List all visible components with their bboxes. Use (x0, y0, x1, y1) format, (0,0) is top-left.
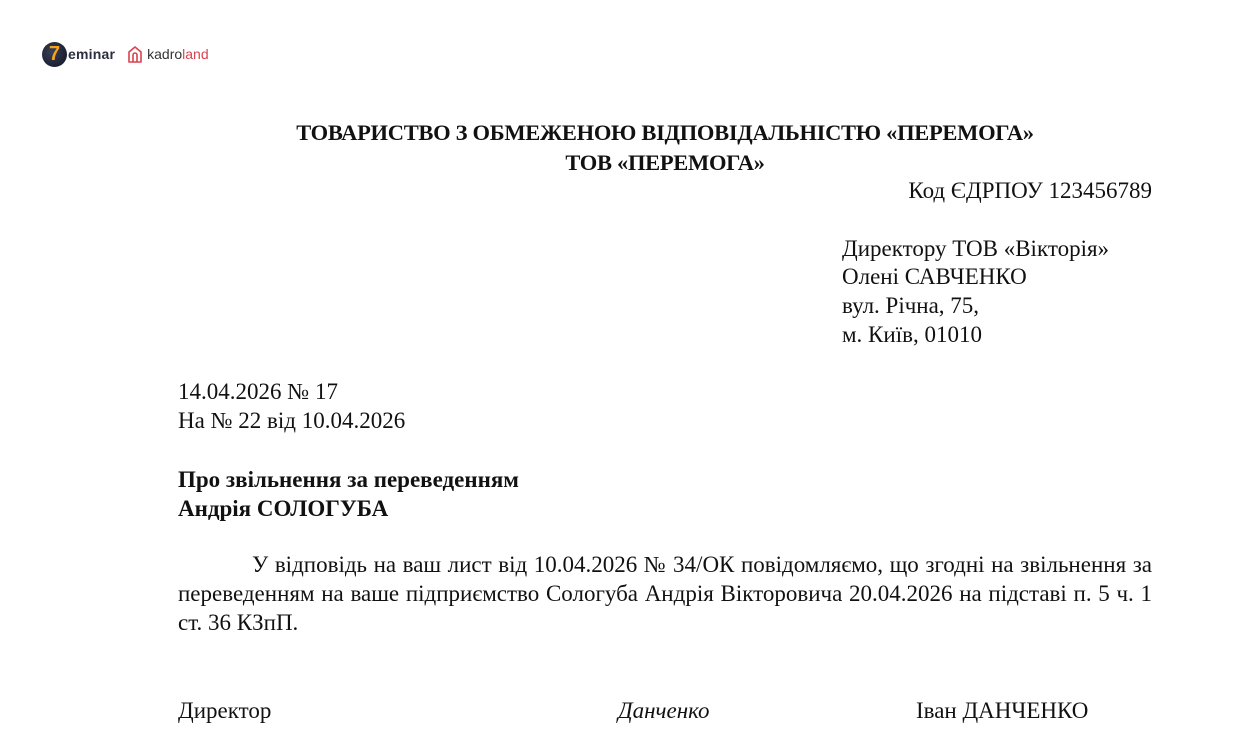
kadroland-logo: kadroland (127, 45, 209, 63)
subject-line-1: Про звільнення за переведенням (178, 465, 519, 494)
subject-line-2: Андрія СОЛОГУБА (178, 494, 388, 523)
house-icon (127, 45, 143, 63)
kadroland-logo-text: kadroland (147, 46, 209, 62)
outgoing-number: 14.04.2026 № 17 (178, 377, 338, 406)
seminar-logo: 7 eminar (42, 42, 115, 67)
addressee-city: м. Київ, 01010 (842, 320, 982, 349)
addressee-street: вул. Річна, 75, (842, 291, 979, 320)
logos: 7 eminar kadroland (42, 40, 209, 68)
letter-body: У відповідь на ваш лист від 10.04.2026 №… (178, 550, 1152, 637)
signature: Данченко (618, 696, 710, 725)
signatory-name: Іван ДАНЧЕНКО (916, 696, 1088, 725)
addressee-name: Олені САВЧЕНКО (842, 262, 1027, 291)
org-full-name: ТОВАРИСТВО З ОБМЕЖЕНОЮ ВІДПОВІДАЛЬНІСТЮ … (0, 118, 1240, 147)
seminar-logo-text: eminar (68, 46, 115, 62)
edrpou-code: Код ЄДРПОУ 123456789 (908, 176, 1152, 205)
body-paragraph: У відповідь на ваш лист від 10.04.2026 №… (178, 550, 1152, 637)
seminar-mark-icon: 7 (42, 42, 67, 67)
org-short-name: ТОВ «ПЕРЕМОГА» (0, 148, 1240, 177)
addressee-position: Директору ТОВ «Вікторія» (842, 234, 1109, 263)
reply-reference: На № 22 від 10.04.2026 (178, 406, 405, 435)
signatory-title: Директор (178, 696, 271, 725)
